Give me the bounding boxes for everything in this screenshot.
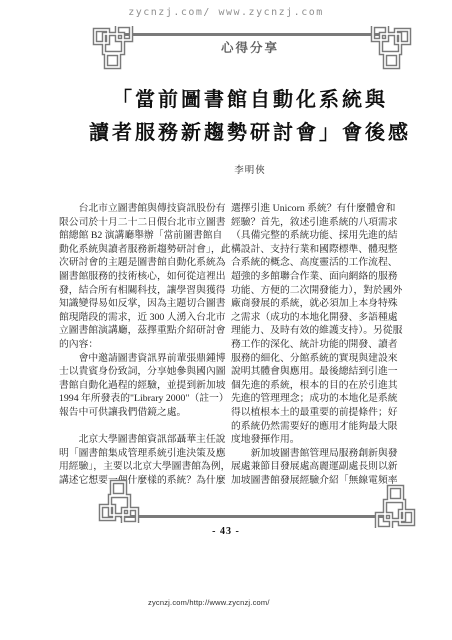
text-line: （具備完整的系統功能、採用先進的結 <box>231 229 401 243</box>
top-watermark-text: zycnzj.com/ www.zycnzj.com <box>0 7 452 18</box>
text-line: 先進的管理理念；成功的本地化是系統 <box>231 392 401 406</box>
text-line: 明「圖書館集成管理系統引進決策及應 <box>59 447 229 461</box>
article-title-line1: 「當前圖書館自動化系統與 <box>60 84 440 117</box>
text-line: 新加坡圖書館管理局服務創新與發 <box>231 447 401 461</box>
bottom-border-line <box>120 515 386 518</box>
author-name: 李明俠 <box>60 162 440 176</box>
text-line: 會中邀請圖書資訊界前輩張鼎鍾博 <box>59 352 229 366</box>
text-line: 發，結合所有相關科技，讓學習與獲得 <box>59 284 229 298</box>
page-number: - 43 - <box>0 526 452 537</box>
text-line: 館總館 B2 演講廳舉辦「當前圖書館自 <box>59 229 229 243</box>
text-line: 經驗？首先，敘述引進系統的八項需求 <box>231 216 401 230</box>
text-line <box>59 420 229 434</box>
text-line: 報告中可供讓我們借鏡之處。 <box>59 406 229 420</box>
text-line: 展處兼節目發展處高麗運副處長則以新 <box>231 460 401 474</box>
text-line: 1994 年所發表的"Library 2000"（註一） <box>59 392 229 406</box>
text-line: 功能、方便的二次開發能力），對於國外 <box>231 284 401 298</box>
text-line: 個先進的系統，根本的目的在於引進其 <box>231 379 401 393</box>
text-line: 的系統仍然需要好的應用才能夠最大限 <box>231 420 401 434</box>
text-line: 構設計、支持行業和國際標準、體現整 <box>231 243 401 257</box>
text-line: 超強的多館聯合作業、面向網絡的服務 <box>231 270 401 284</box>
text-line: 士以貴賓身份致詞，分享她參與國內圖 <box>59 365 229 379</box>
text-line: 圖書館服務的技術核心，如何從這裡出 <box>59 270 229 284</box>
text-line: 動化系統與讀者服務新趨勢研討會」，此 <box>59 243 229 257</box>
bottom-watermark-text: zycnzj.com/http://www.zycnzj.com/ <box>148 598 270 607</box>
article-title: 「當前圖書館自動化系統與 讀者服務新趨勢研討會」會後感 <box>60 84 440 150</box>
text-line: 台北市立圖書館與傳技資訊股份有 <box>59 202 229 216</box>
text-line: 務工作的深化、統計功能的開發、讀者 <box>231 338 401 352</box>
text-line: 北京大學圖書館資訊部聶華主任說 <box>59 433 229 447</box>
text-line: 說明其體會與應用。最後總結到引進一 <box>231 365 401 379</box>
section-header-label: 心得分享 <box>60 38 440 56</box>
text-line: 立圖書館演講廳，茲擇重點介紹研討會 <box>59 324 229 338</box>
chinese-knot-icon <box>372 484 416 528</box>
text-line: 的內容： <box>59 338 229 352</box>
article-title-line2: 讀者服務新趨勢研討會」會後感 <box>60 117 440 150</box>
text-line: 之需求（成功的本地化開發、多語種處 <box>231 311 401 325</box>
text-line: 理能力、及時有效的維護支持）。另從服 <box>231 324 401 338</box>
text-line: 選擇引進 Unicorn 系統？有什麼體會和 <box>231 202 401 216</box>
text-line: 用經驗」，主要以北京大學圖書館為例， <box>59 460 229 474</box>
text-line: 廠商發展的系統，就必須加上本身特殊 <box>231 297 401 311</box>
body-column-left: 台北市立圖書館與傳技資訊股份有限公司於十月二十二日假台北市立圖書館總館 B2 演… <box>59 202 229 487</box>
text-line: 知識變得易如反掌，因為主題切合圖書 <box>59 297 229 311</box>
document-page: zycnzj.com/ www.zycnzj.com 心得分享 「當前圖書館自動… <box>0 0 452 640</box>
text-line: 服務的細化、分館系統的實現與建設來 <box>231 352 401 366</box>
chinese-knot-icon <box>98 479 142 523</box>
text-line: 館現階段的需求，近 300 人湧入台北市 <box>59 311 229 325</box>
body-column-right: 選擇引進 Unicorn 系統？有什麼體會和經驗？首先，敘述引進系統的八項需求（… <box>231 202 401 487</box>
text-line: 合系統的概念、高度靈活的工作流程、 <box>231 256 401 270</box>
text-line: 講述它想要一個什麼樣的系統？為什麼 <box>59 474 229 488</box>
text-line: 書館自動化過程的經驗，並提到新加坡 <box>59 379 229 393</box>
text-line: 限公司於十月二十二日假台北市立圖書 <box>59 216 229 230</box>
text-line: 度地發揮作用。 <box>231 433 401 447</box>
text-line: 得以植根本土的最重要的前提條件；好 <box>231 406 401 420</box>
top-border-line <box>110 33 392 36</box>
text-line: 次研討會的主題是圖書館自動化系統為 <box>59 256 229 270</box>
